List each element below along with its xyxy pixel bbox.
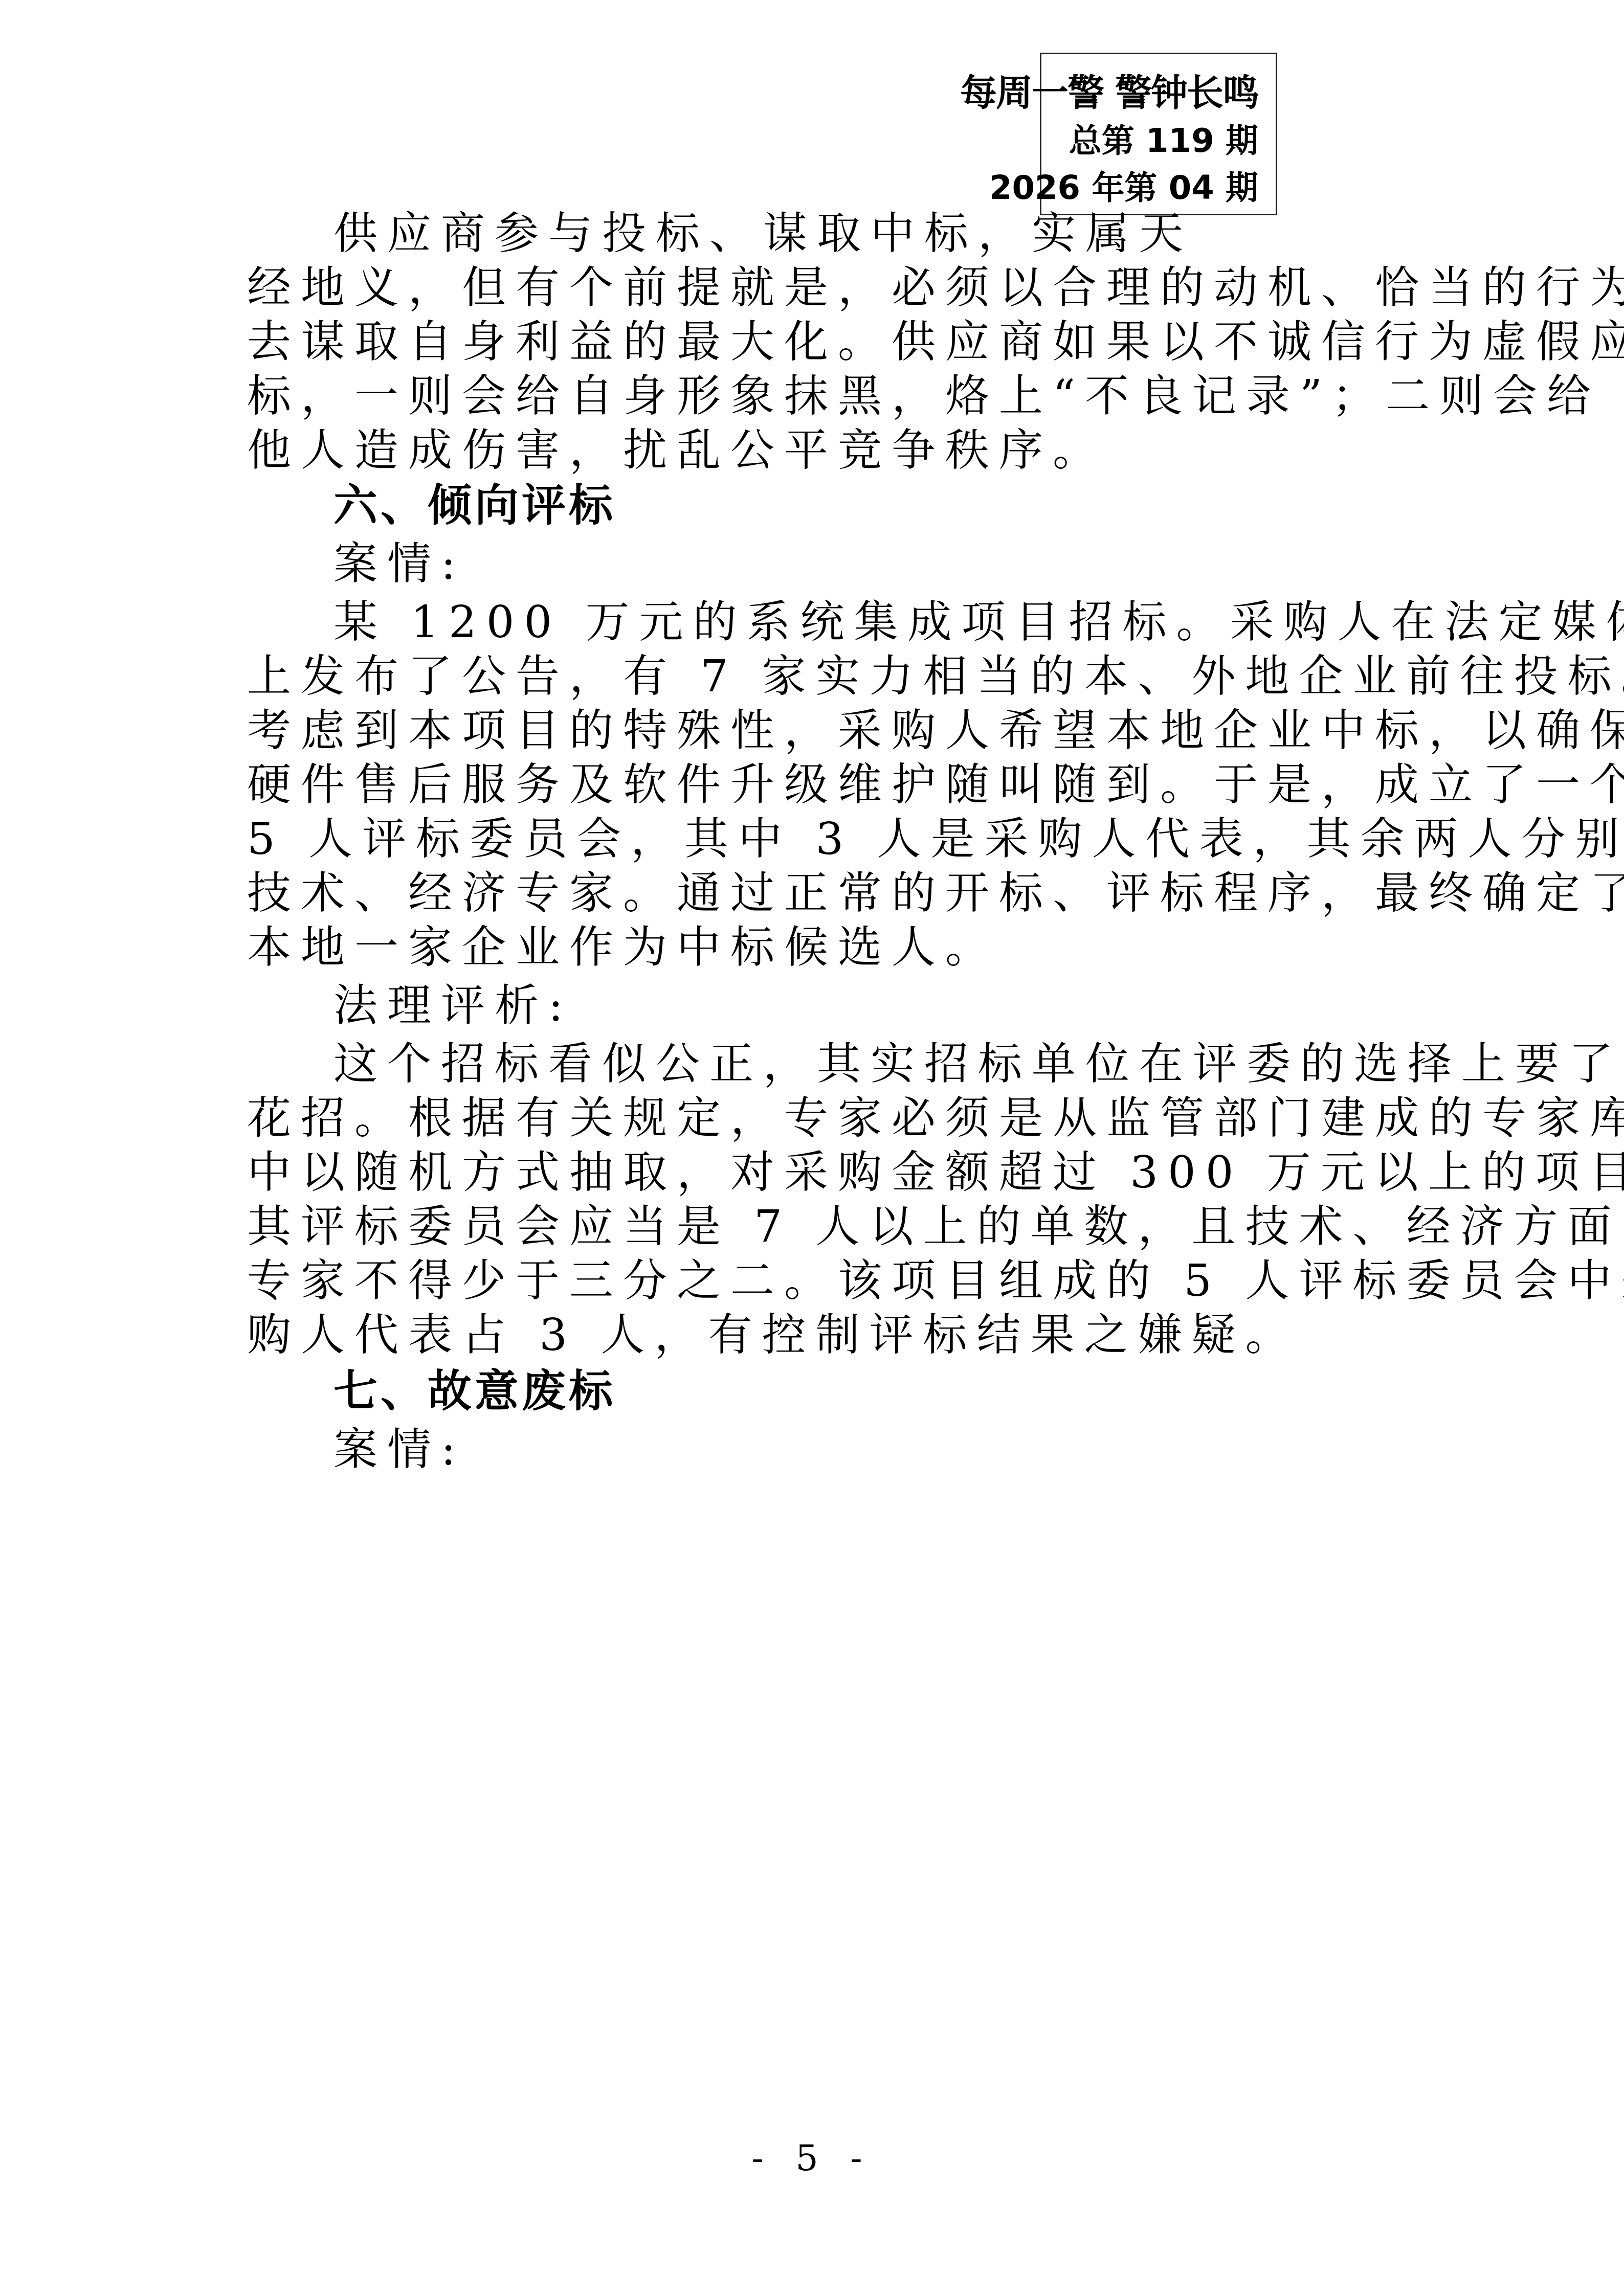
analysis-line: 这个招标看似公正，其实招标单位在评委的选择上要了 [333, 1036, 1466, 1092]
case-line: 某 1200 万元的系统集成项目招标。采购人在法定媒体 [333, 594, 1466, 650]
case-label: 案情: [333, 536, 1466, 592]
page-number: - 5 - [0, 2135, 1624, 2181]
paragraph-line: 供应商参与投标、谋取中标，实属天 [333, 206, 1466, 262]
paragraph-line: 标，一则会给自身形象抹黑，烙上“不良记录”；二则会给 [247, 368, 1380, 424]
analysis-line: 购人代表占 3 人，有控制评标结果之嫌疑。 [247, 1307, 1380, 1363]
paragraph-line: 经地义，但有个前提就是，必须以合理的动机、恰当的行为 [247, 260, 1380, 316]
section-heading-7: 七、故意废标 [333, 1363, 1466, 1420]
case-line: 本地一家企业作为中标候选人。 [247, 919, 1380, 976]
total-issue-number: 总第 119 期 [1069, 121, 1258, 162]
case-line: 考虑到本项目的特殊性，采购人希望本地企业中标，以确保 [247, 703, 1380, 759]
analysis-label: 法理评析: [333, 978, 1466, 1034]
case-line: 技术、经济专家。通过正常的开标、评标程序，最终确定了 [247, 865, 1380, 921]
issue-number: 2026 年第 04 期 [989, 168, 1258, 209]
paragraph-line: 他人造成伤害，扰乱公平竞争秩序。 [247, 422, 1380, 479]
analysis-line: 中以随机方式抽取，对采购金额超过 300 万元以上的项目， [247, 1144, 1380, 1201]
case-label: 案情: [333, 1422, 1466, 1478]
analysis-line: 花招。根据有关规定，专家必须是从监管部门建成的专家库 [247, 1090, 1380, 1146]
case-line: 硬件售后服务及软件升级维护随叫随到。于是，成立了一个 [247, 757, 1380, 813]
case-line: 5 人评标委员会，其中 3 人是采购人代表，其余两人分别为 [247, 811, 1380, 867]
case-line: 上发布了公告，有 7 家实力相当的本、外地企业前往投标。 [247, 648, 1380, 705]
analysis-line: 专家不得少于三分之二。该项目组成的 5 人评标委员会中采 [247, 1253, 1380, 1309]
issue-header-box: 每周一警 警钟长鸣 总第 119 期 2026 年第 04 期 [1040, 53, 1277, 215]
analysis-line: 其评标委员会应当是 7 人以上的单数，且技术、经济方面的 [247, 1199, 1380, 1255]
section-heading-6: 六、倾向评标 [333, 478, 1466, 534]
column-title: 每周一警 警钟长鸣 [960, 70, 1258, 116]
paragraph-line: 去谋取自身利益的最大化。供应商如果以不诚信行为虚假应 [247, 314, 1380, 370]
